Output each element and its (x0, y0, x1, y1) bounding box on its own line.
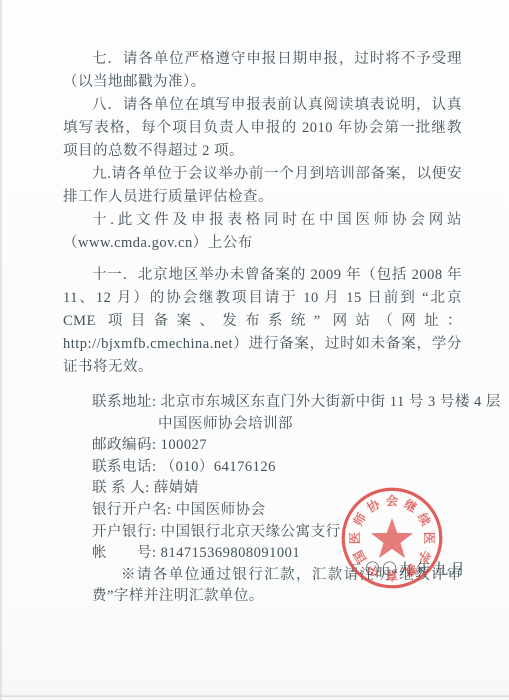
contact-label: 开户银行: (92, 524, 157, 540)
contact-label: 联 系 人: (92, 480, 150, 496)
contact-value: （010）64176126 (161, 459, 276, 475)
contact-row-bank-account-name: 银行开户名: 中国医师协会 (92, 500, 462, 522)
contact-label: 联系地址: (92, 394, 157, 410)
contact-row-postcode: 邮政编码: 100027 (92, 435, 462, 457)
contact-value: 中国银行北京天缘公寓支行 (161, 524, 341, 540)
contact-label: 帐 号: (92, 545, 157, 561)
scan-edge-artifact-left (0, 0, 3, 700)
document-body: 七．请各单位严格遵守申报日期申报，过时将不予受理（以当地邮戳为准）。 八．请各单… (63, 48, 462, 622)
contact-value: 北京市东城区东直门外大街新中街 11 号 3 号楼 4 层 (161, 394, 501, 410)
contact-value: 100027 (161, 437, 208, 453)
contact-label: 联系电话: (92, 459, 157, 475)
contact-row-phone: 联系电话: （010）64176126 (92, 457, 462, 479)
contact-row-person: 联 系 人: 薛婧婧 (92, 478, 462, 500)
scanned-document-page: 七．请各单位严格遵守申报日期申报，过时将不予受理（以当地邮戳为准）。 八．请各单… (0, 0, 509, 700)
numbered-item-7: 七．请各单位严格遵守申报日期申报，过时将不予受理（以当地邮戳为准）。 (63, 48, 462, 94)
contact-address-line-2: 中国医师协会培训部 (92, 414, 462, 436)
contact-label: 邮政编码: (92, 437, 157, 453)
contact-value: 814715369808091001 (161, 545, 301, 561)
contact-row-bank-branch: 开户银行: 中国银行北京天缘公寓支行 (92, 522, 462, 544)
numbered-item-10: 十.此文件及申报表格同时在中国医师协会网站（www.cmda.gov.cn）上公… (63, 209, 462, 255)
contact-label: 银行开户名: (92, 502, 172, 518)
document-date: 二〇〇九年九月 (348, 558, 467, 579)
contact-value: 中国医师协会 (176, 502, 266, 518)
contact-value: 薛婧婧 (154, 480, 199, 496)
numbered-item-11: 十一．北京地区举办未曾备案的 2009 年（包括 2008 年 11、12 月）… (63, 264, 462, 379)
contact-row-address: 联系地址: 北京市东城区东直门外大街新中街 11 号 3 号楼 4 层 (92, 392, 462, 414)
numbered-item-9: 九.请各单位于会议举办前一个月到培训部备案，以便安排工作人员进行质量评估检查。 (63, 163, 462, 209)
scan-edge-artifact-bottom (0, 694, 509, 697)
numbered-item-8: 八．请各单位在填写申报表前认真阅读填表说明，认真填写表格，每个项目负责人申报的 … (63, 94, 462, 163)
